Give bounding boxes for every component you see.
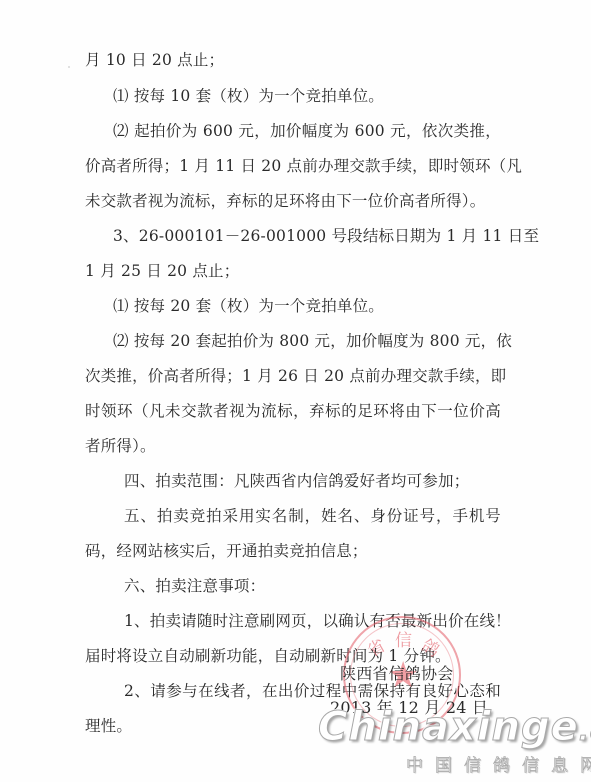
watermark-logo-main: Chinaxinge (318, 704, 579, 750)
text-line-7: 1 月 25 日 20 点止； (85, 261, 239, 281)
text-line-12: 者所得）。 (85, 436, 156, 456)
section-4-scope: 四、拍卖范围：凡陕西省内信鸽爱好者均可参加； (124, 471, 469, 491)
text-line-2: ⑴ 按每 10 套（枚）为一个竞拍单位。 (113, 86, 384, 106)
section-6-notes: 六、拍卖注意事项： (124, 576, 265, 596)
text-line-20: 理性。 (85, 716, 132, 736)
text-line-8: ⑴ 按每 20 套（枚）为一个竞拍单位。 (113, 296, 384, 316)
scanned-document-page: 月 10 日 20 点止； ⑴ 按每 10 套（枚）为一个竞拍单位。 ⑵ 起拍价… (0, 0, 591, 782)
text-line-3: ⑵ 起拍价为 600 元，加价幅度为 600 元，依次类推， (113, 121, 501, 141)
seal-char: 信 (395, 626, 412, 651)
watermark-site-name: 中国信鸽信息网 (406, 751, 591, 776)
scan-speck (68, 66, 70, 68)
text-line-10: 次类推，价高者所得；1 月 26 日 20 点前办理交款手续，即 (85, 366, 501, 386)
text-line-1: 月 10 日 20 点止； (85, 50, 224, 70)
section-5-realname: 五、拍卖竞拍采用实名制，姓名、身份证号，手机号 (124, 506, 501, 526)
text-line-11: 时领环（凡未交款者视为流标，弃标的足环将由下一位价高 (85, 401, 501, 421)
text-line-9: ⑵ 按每 20 套起拍价为 800 元，加价幅度为 800 元，依 (113, 331, 501, 351)
text-line-6: 3、26-000101－26-001000 号段结标日期为 1 月 11 日至 (113, 226, 501, 246)
text-line-15: 码，经网站核实后，开通拍卖竞拍信息； (85, 541, 368, 561)
watermark-logo: Chinaxinge.com (318, 705, 591, 754)
signature-organization: 陕西省信鸽协会 (340, 664, 453, 684)
watermark-logo-suffix: .com (579, 717, 591, 747)
text-line-5: 未交款者视为流标，弃标的足环将由下一位价高者所得）。 (85, 191, 485, 211)
note-1: 1、拍卖请随时注意刷网页，以确认有否最新出价在线！ (124, 611, 501, 631)
text-line-4: 价高者所得；1 月 11 日 20 点前办理交款手续，即时领环（凡 (85, 156, 501, 176)
